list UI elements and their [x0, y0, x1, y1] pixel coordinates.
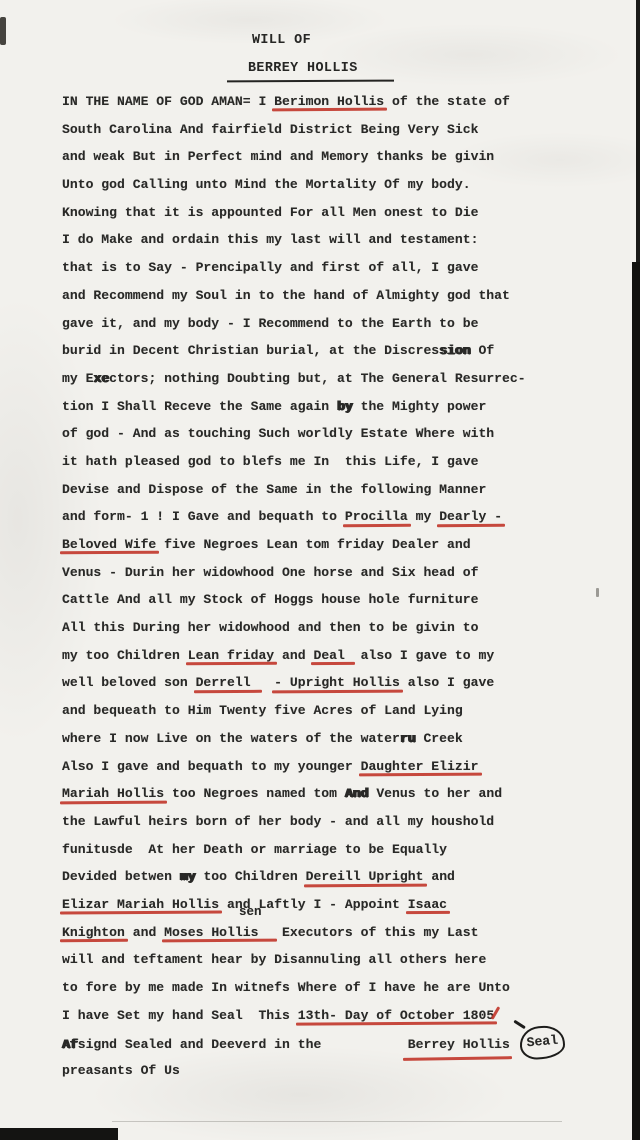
document-line: and form- 1 ! I Gave and bequath to Proc… — [62, 503, 582, 531]
text-segment: South Carolina And fairfield District Be… — [62, 122, 478, 137]
red-underlined-text: Lean friday — [188, 648, 274, 663]
document-subtitle: BERREY HOLLIS — [248, 61, 358, 76]
document-line: Afsignd Sealed and Deeverd in the Berrey… — [62, 1029, 582, 1057]
text-segment: the Lawful heirs born of her body - and … — [62, 814, 494, 829]
text-segment: will and teftament hear by Disannuling a… — [62, 952, 486, 967]
scan-artifact-bottom-left — [0, 1128, 118, 1140]
text-segment: and — [125, 925, 164, 940]
text-segment: I do Make and ordain this my last will a… — [62, 232, 478, 247]
red-underlined-text: Procilla — [345, 509, 408, 524]
text-segment: five Negroes Lean tom friday Dealer and — [156, 537, 470, 552]
text-segment: and bequeath to Him Twenty five Acres of… — [62, 703, 463, 718]
text-segment: my too Children — [62, 648, 188, 663]
red-underlined-text: Derrell — [196, 675, 259, 690]
red-underlined-text: 13th- Day of October 1805 — [298, 1008, 494, 1023]
title-underline — [227, 80, 394, 83]
document-line: my Exectors; nothing Doubting but, at Th… — [62, 365, 582, 393]
document-line: to fore by me made In witnefs Where of I… — [62, 974, 582, 1002]
text-segment: Of — [471, 343, 495, 358]
document-line: and bequeath to Him Twenty five Acres of… — [62, 697, 582, 725]
document-line: South Carolina And fairfield District Be… — [62, 116, 582, 144]
overtyped-text: Af — [62, 1037, 78, 1052]
text-segment: and — [423, 869, 454, 884]
text-segment: IN THE NAME OF GOD AMAN= I — [62, 94, 274, 109]
document-line: All this During her widowhood and then t… — [62, 614, 582, 642]
scan-artifact-top-left — [0, 17, 6, 45]
text-segment: signd Sealed and Deeverd in the — [78, 1037, 322, 1052]
document-line: I have Set my hand Seal This 13th- Day o… — [62, 1002, 582, 1030]
text-segment: Devise and Dispose of the Same in the fo… — [62, 482, 486, 497]
document-line: the Lawful heirs born of her body - and … — [62, 808, 582, 836]
document-line: tion I Shall Receve the Same again by th… — [62, 393, 582, 421]
text-segment: also I gave — [400, 675, 494, 690]
text-segment: Cattle And all my Stock of Hoggs house h… — [62, 592, 478, 607]
text-segment: and weak But in Perfect mind and Memory … — [62, 149, 494, 164]
document-line: gave it, and my body - I Recommend to th… — [62, 310, 582, 338]
text-segment: preasants Of Us — [62, 1063, 180, 1078]
document-line: it hath pleased god to blefs me In this … — [62, 448, 582, 476]
overtyped-text: xe — [93, 371, 109, 386]
document-line: Beloved Wife five Negroes Lean tom frida… — [62, 531, 582, 559]
document-line: Devise and Dispose of the Same in the fo… — [62, 476, 582, 504]
text-segment: too Negroes named tom — [164, 786, 345, 801]
document-line: funitusde At her Death or marriage to be… — [62, 836, 582, 864]
overtyped-text: ru — [400, 731, 416, 746]
red-underlined-text: Berimon Hollis — [274, 94, 384, 109]
red-underlined-text: Daughter Elizir — [361, 759, 479, 774]
document-line: and Recommend my Soul in to the hand of … — [62, 282, 582, 310]
text-segment: I have Set my hand Seal This — [62, 1008, 298, 1023]
document-title: WILL OF — [252, 33, 311, 48]
document-line: and weak But in Perfect mind and Memory … — [62, 143, 582, 171]
document-line: burid in Decent Christian burial, at the… — [62, 337, 582, 365]
document-line: Cattle And all my Stock of Hoggs house h… — [62, 586, 582, 614]
text-segment: it hath pleased god to blefs me In this … — [62, 454, 478, 469]
scan-artifact-right-edge — [632, 262, 640, 1140]
red-underlined-text: Deal — [313, 648, 352, 663]
text-segment: ctors; nothing Doubting but, at The Gene… — [109, 371, 525, 386]
text-segment: and Recommend my Soul in to the hand of … — [62, 288, 510, 303]
red-underlined-text: Moses Hollis — [164, 925, 274, 940]
overtyped-text: by — [337, 399, 353, 414]
document-line: I do Make and ordain this my last will a… — [62, 226, 582, 254]
document-line: where I now Live on the waters of the wa… — [62, 725, 582, 753]
text-segment — [510, 1037, 518, 1052]
text-segment: of the state of — [384, 94, 510, 109]
document-line: IN THE NAME OF GOD AMAN= I Berimon Holli… — [62, 88, 582, 116]
document-line: Unto god Calling unto Mind the Mortality… — [62, 171, 582, 199]
document-line: will and teftament hear by Disannuling a… — [62, 946, 582, 974]
red-underlined-text: Mariah Hollis — [62, 786, 164, 801]
text-segment: Unto god Calling unto Mind the Mortality… — [62, 177, 471, 192]
text-segment: to fore by me made In witnefs Where of I… — [62, 980, 510, 995]
document-line: my too Children Lean friday and Deal als… — [62, 642, 582, 670]
scan-artifact-right-edge-thin — [636, 0, 640, 280]
document-line: Mariah Hollis too Negroes named tom And … — [62, 780, 582, 808]
document-line: Knowing that it is appounted For all Men… — [62, 199, 582, 227]
text-segment — [258, 675, 274, 690]
text-segment: funitusde At her Death or marriage to be… — [62, 842, 447, 857]
document-line: that is to Say - Prencipally and first o… — [62, 254, 582, 282]
text-segment: Venus to her and — [368, 786, 502, 801]
text-segment: too Children — [196, 869, 306, 884]
text-segment: burid in Decent Christian burial, at the… — [62, 343, 439, 358]
text-segment: also I gave to my — [353, 648, 494, 663]
text-segment: Also I gave and bequath to my younger — [62, 759, 361, 774]
text-segment: that is to Say - Prencipally and first o… — [62, 260, 478, 275]
text-segment: the Mighty power — [353, 399, 487, 414]
red-underlined-text: Dearly - — [439, 509, 502, 524]
red-underlined-text: Berrey Hollis — [408, 1037, 510, 1052]
red-underlined-text: Isaac — [408, 897, 447, 912]
text-segment: and form- 1 ! I Gave and bequath to — [62, 509, 345, 524]
superscript-insertion: sen — [239, 905, 262, 919]
text-segment: Executors of this my Last — [274, 925, 478, 940]
paper-crease-line — [112, 1121, 562, 1122]
text-segment: All this During her widowhood and then t… — [62, 620, 478, 635]
text-segment: my — [408, 509, 439, 524]
scanned-will-document: WILL OF BERREY HOLLIS IN THE NAME OF GOD… — [0, 0, 640, 1140]
text-segment: my E — [62, 371, 93, 386]
red-underlined-text: - Upright Hollis — [274, 675, 400, 690]
text-segment: tion I Shall Receve the Same again — [62, 399, 337, 414]
text-segment: and — [274, 648, 313, 663]
text-segment — [321, 1037, 407, 1052]
overtyped-text: And — [345, 786, 369, 801]
red-underlined-text: Dereill Upright — [306, 869, 424, 884]
document-line: Knighton and Moses Hollis Executors of t… — [62, 919, 582, 947]
text-segment: well beloved son — [62, 675, 196, 690]
text-segment: gave it, and my body - I Recommend to th… — [62, 316, 478, 331]
red-underlined-text: Beloved Wife — [62, 537, 156, 552]
text-segment: where I now Live on the waters of the wa… — [62, 731, 400, 746]
scan-artifact-small-dash — [596, 588, 599, 597]
document-line: preasants Of Us — [62, 1057, 582, 1085]
text-segment: Creek — [416, 731, 463, 746]
document-line: of god - And as touching Such worldly Es… — [62, 420, 582, 448]
red-underlined-text: Elizar Mariah Hollis — [62, 897, 219, 912]
text-segment: Devided betwen — [62, 869, 180, 884]
document-body: IN THE NAME OF GOD AMAN= I Berimon Holli… — [62, 88, 582, 1085]
text-segment: Venus - Durin her widowhood One horse an… — [62, 565, 478, 580]
overtyped-text: sion — [439, 343, 470, 358]
document-line: Also I gave and bequath to my younger Da… — [62, 753, 582, 781]
red-underlined-text: Knighton — [62, 925, 125, 940]
text-segment: of god - And as touching Such worldly Es… — [62, 426, 494, 441]
document-line: Devided betwen my too Children Dereill U… — [62, 863, 582, 891]
document-line: well beloved son Derrell - Upright Holli… — [62, 669, 582, 697]
document-line: Elizar Mariah Hollis and Laftly I - Appo… — [62, 891, 582, 919]
overtyped-text: my — [180, 869, 196, 884]
document-line: Venus - Durin her widowhood One horse an… — [62, 559, 582, 587]
seal-annotation: Seal — [518, 1024, 566, 1061]
text-segment: Knowing that it is appounted For all Men… — [62, 205, 478, 220]
